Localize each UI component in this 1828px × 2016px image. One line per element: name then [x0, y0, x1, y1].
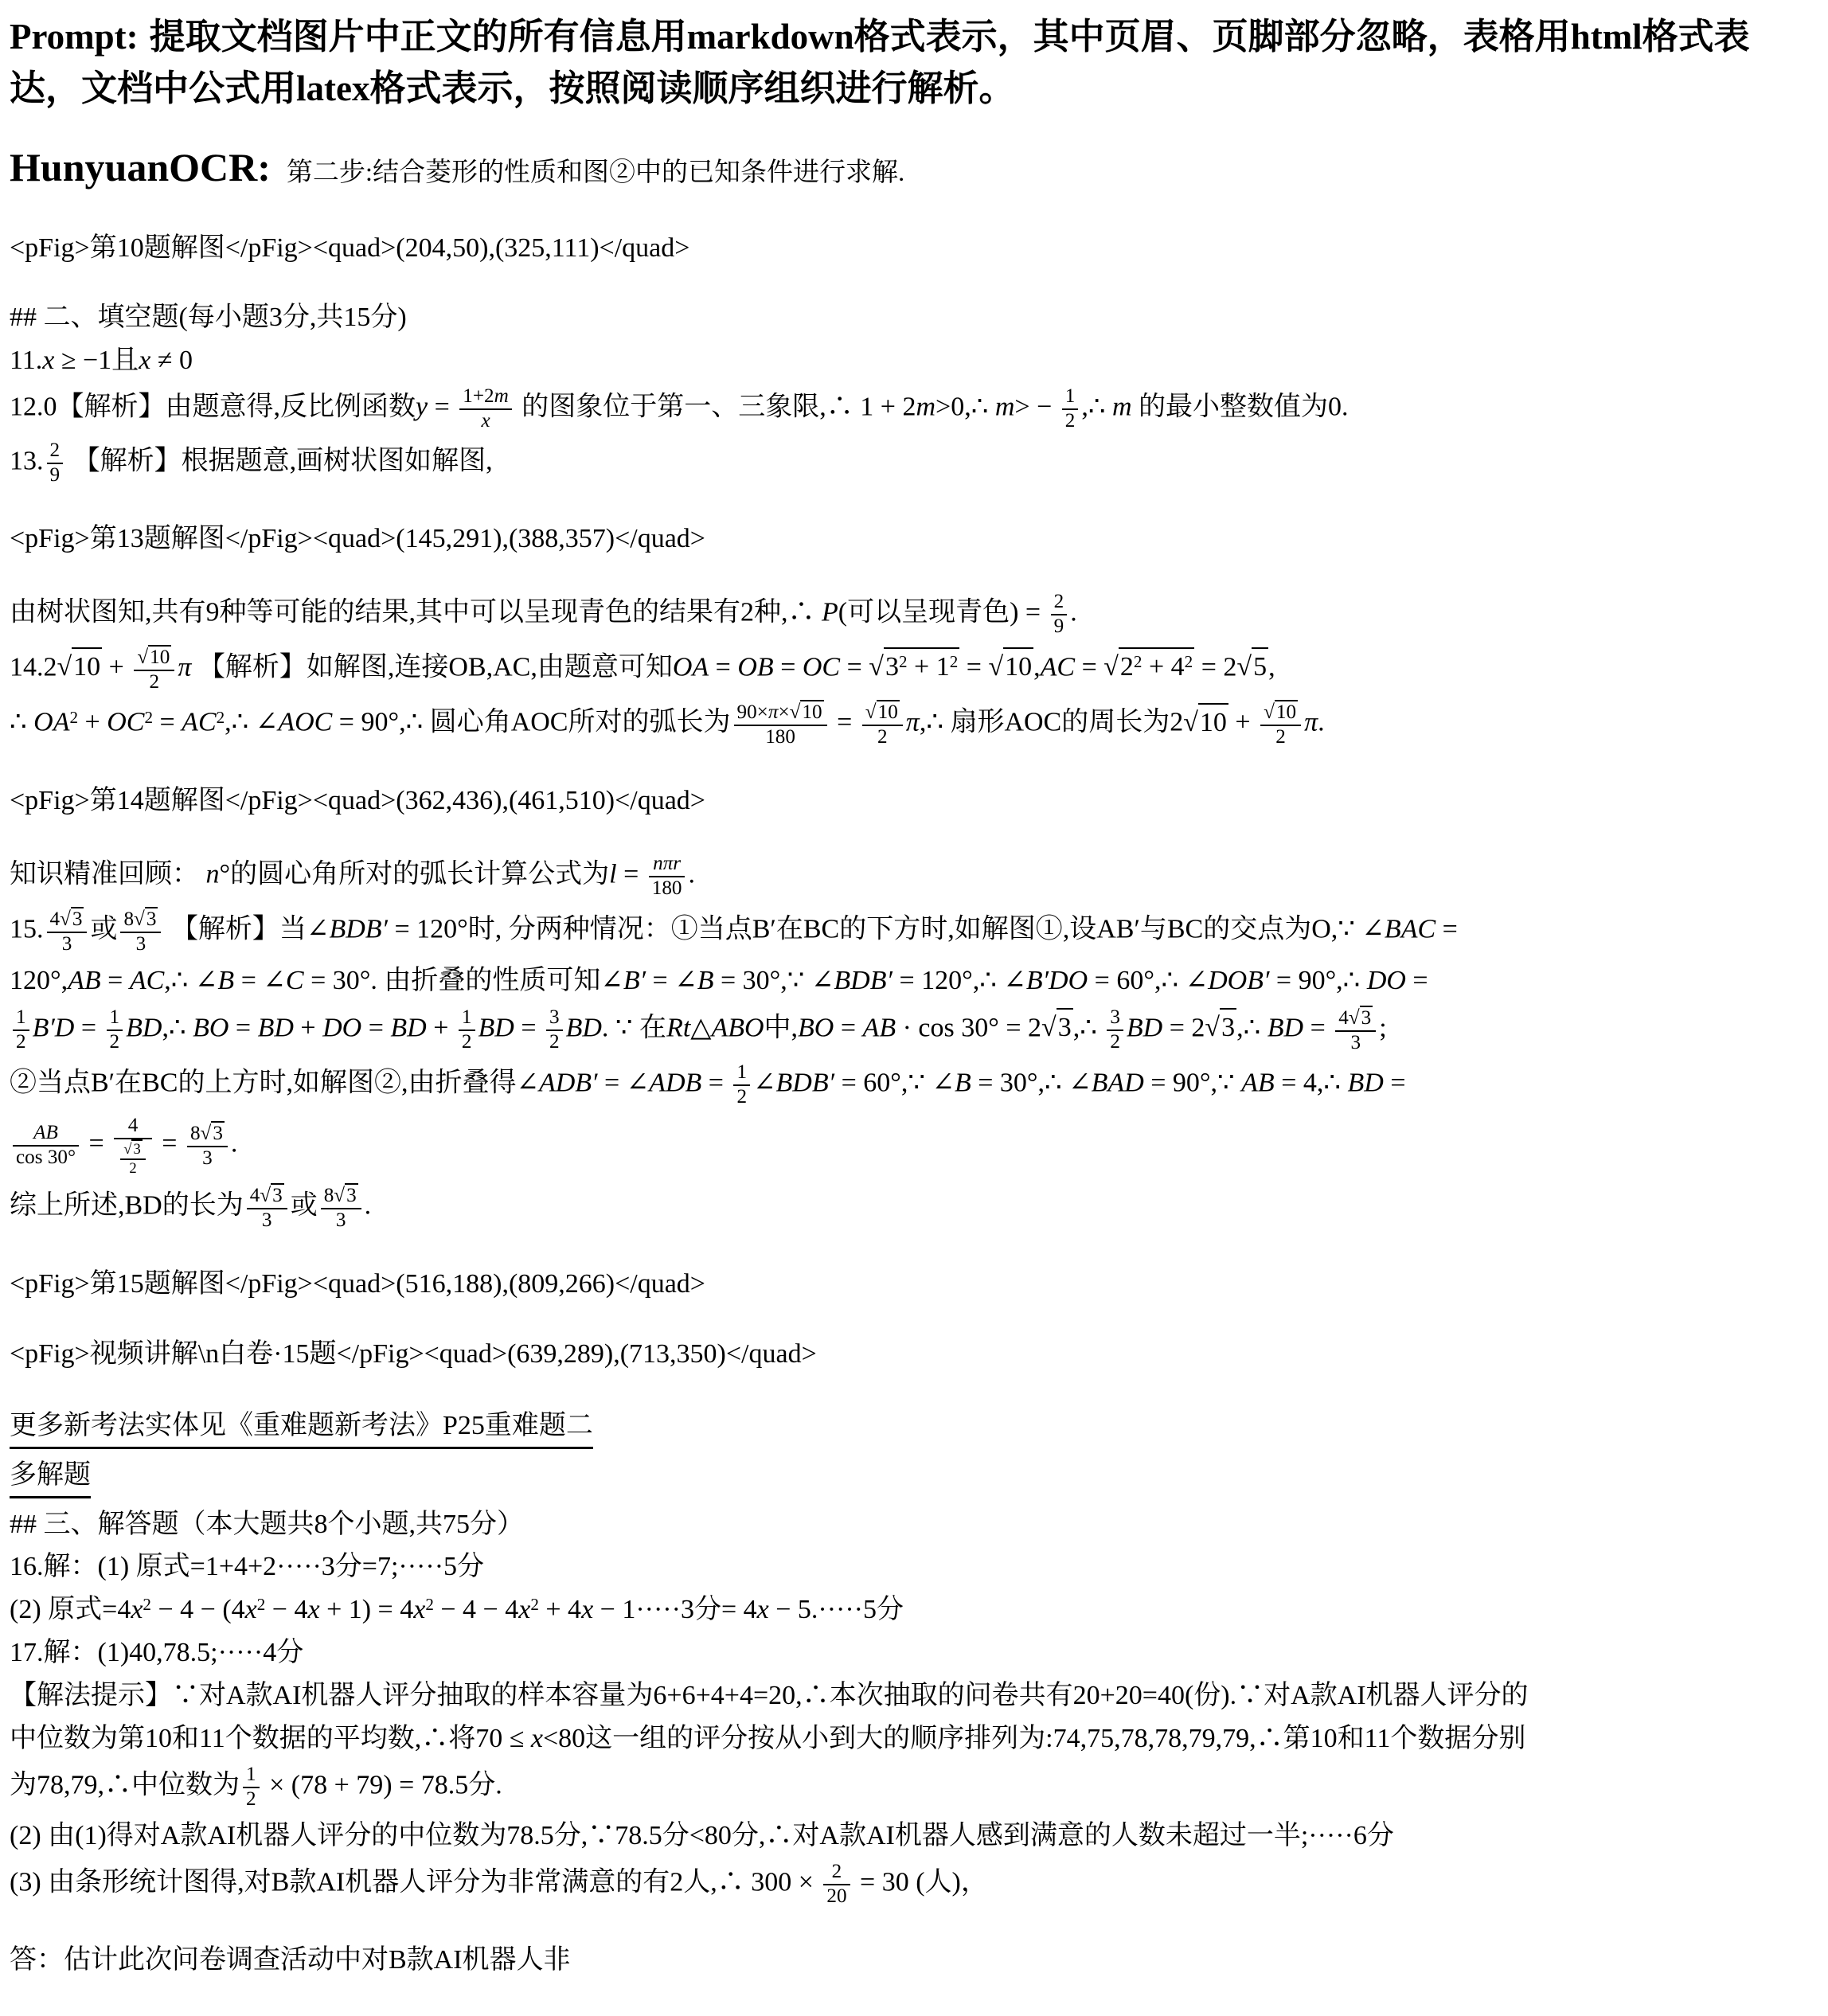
square-root: √22 + 42 — [1103, 647, 1194, 686]
item-14-line-1: 14.2√10 + √102π 【解析】如解图,连接OB,AC,由题意可知OA … — [10, 645, 1814, 694]
item-17-hint-line-1: 【解法提示】∵对A款AI机器人评分抽取的样本容量为6+6+4+4=20,∴本次抽… — [10, 1678, 1814, 1714]
fraction: 12 — [733, 1061, 750, 1109]
square-root: √3 — [60, 907, 84, 932]
ocr-paragraph: HunyuanOCR:第二步:结合菱形的性质和图②中的已知条件进行求解. — [10, 144, 1814, 190]
paragraph-gap — [10, 494, 1814, 514]
section-heading-answers: ## 三、解答题（本大题共8个小题,共75分） — [10, 1506, 1814, 1543]
fraction: 12 — [13, 1006, 29, 1054]
square-root: √10 — [57, 647, 103, 686]
fraction: ABcos 30° — [13, 1122, 79, 1170]
square-root: √3 — [134, 907, 158, 932]
fraction: 12 — [459, 1006, 475, 1054]
fraction: nπr180 — [649, 853, 685, 901]
square-root: √32 + 12 — [869, 647, 959, 686]
fraction: 1+2mx — [459, 385, 512, 433]
fraction: 8√33 — [120, 907, 161, 956]
fraction: √32 — [120, 1139, 146, 1177]
square-root: √3 — [1041, 1008, 1073, 1046]
item-15-line-5: ABcos 30° = 4√32 = 8√33. — [10, 1115, 1814, 1177]
item-17-line-1: 17.解：(1)40,78.5;·····4分 — [10, 1635, 1814, 1671]
fraction: 220 — [823, 1861, 850, 1909]
square-root: √3 — [260, 1183, 283, 1208]
item-17-hint-line-3: 为78,79,∴中位数为12 × (78 + 79) = 78.5分. — [10, 1764, 1814, 1811]
ocr-label: HunyuanOCR: — [10, 145, 271, 189]
item-17-part-3: (3) 由条形统计图得,对B款AI机器人评分为非常满意的有2人,∴ 300 × … — [10, 1861, 1814, 1909]
fraction: 32 — [546, 1006, 563, 1054]
paragraph-gap — [10, 1915, 1814, 1936]
square-root: √3 — [201, 1121, 225, 1146]
paragraph-gap — [10, 564, 1814, 584]
square-root: √10 — [137, 645, 171, 670]
fraction: 29 — [47, 440, 64, 487]
paragraph-gap — [10, 1309, 1814, 1330]
fraction: 8√33 — [321, 1183, 361, 1233]
paragraph-gap — [10, 756, 1814, 776]
square-root: √3 — [334, 1183, 357, 1208]
square-root: √10 — [790, 700, 824, 725]
item-15-summary: 综上所述,BD的长为4√33或8√33. — [10, 1183, 1814, 1233]
paragraph-gap — [10, 1379, 1814, 1400]
paragraph-gap — [10, 1239, 1814, 1260]
prompt-label: Prompt: — [10, 17, 139, 57]
pfig-ref-13: <pFig>第13题解图</pFig><quad>(145,291),(388,… — [10, 521, 1814, 557]
item-13: 13.29 【解析】根据题意,画树状图如解图, — [10, 440, 1814, 487]
fraction: 29 — [1051, 591, 1068, 639]
knowledge-review: 知识精准回顾： n°的圆心角所对的弧长计算公式为l = nπr180. — [10, 853, 1814, 901]
note-underlined-1: 更多新考法实体见《重难题新考法》P25重难题二 — [10, 1408, 593, 1449]
page-root: { "page": { "background": "#ffffff", "te… — [0, 0, 1828, 2016]
pfig-ref-14: <pFig>第14题解图</pFig><quad>(362,436),(461,… — [10, 783, 1814, 819]
prompt-text: 提取文档图片中正文的所有信息用markdown格式表示，其中页眉、页脚部分忽略，… — [10, 17, 1750, 108]
item-15-line-4: ②当点B′在BC的上方时,如解图②,由折叠得∠ADB′ = ∠ADB = 12∠… — [10, 1061, 1814, 1109]
square-root: √10 — [1183, 703, 1228, 741]
document-body: <pFig>第10题解图</pFig><quad>(204,50),(325,1… — [10, 230, 1814, 1979]
fraction: 90×π×√10180 — [734, 700, 827, 749]
square-root: √5 — [1236, 647, 1268, 686]
item-16-line-1: 16.解：(1) 原式=1+4+2·····3分=7;·····5分 — [10, 1549, 1814, 1585]
fraction: 4√33 — [1335, 1006, 1376, 1055]
fraction: 8√33 — [187, 1121, 228, 1170]
fraction: √102 — [1260, 700, 1301, 749]
fraction: 12 — [1062, 385, 1079, 433]
pfig-ref-15: <pFig>第15题解图</pFig><quad>(516,188),(809,… — [10, 1266, 1814, 1303]
note-underlined-2: 多解题 — [10, 1457, 91, 1498]
square-root: √3 — [123, 1139, 143, 1158]
fraction: 32 — [1107, 1006, 1123, 1054]
item-15-line-2: 120°,AB = AC,∴ ∠B = ∠C = 30°. 由折叠的性质可知∠B… — [10, 963, 1814, 999]
square-root: √10 — [1264, 700, 1298, 725]
section-heading-fill-in: ## 二、填空题(每小题3分,共15分) — [10, 299, 1814, 336]
square-root: √10 — [988, 647, 1033, 686]
fraction: 12 — [243, 1764, 260, 1811]
fraction: 4√32 — [114, 1115, 152, 1177]
item-17-answer: 答：估计此次问卷调查活动中对B款AI机器人非 — [10, 1942, 1814, 1979]
square-root: √10 — [865, 700, 900, 725]
fraction: √102 — [862, 700, 903, 749]
fraction: √102 — [134, 645, 174, 694]
fraction: 4√33 — [47, 907, 88, 956]
item-15-line-3: 12B′D = 12BD,∴ BO = BD + DO = BD + 12BD … — [10, 1006, 1814, 1055]
prompt-paragraph: Prompt:提取文档图片中正文的所有信息用markdown格式表示，其中页眉、… — [10, 11, 1814, 115]
fraction: 12 — [107, 1006, 123, 1054]
fraction: 4√33 — [247, 1183, 287, 1233]
pfig-ref-video: <pFig>视频讲解\n白卷·15题</pFig><quad>(639,289)… — [10, 1336, 1814, 1373]
paragraph-gap — [10, 272, 1814, 293]
item-17-part-2: (2) 由(1)得对A款AI机器人评分的中位数为78.5分,∵78.5分<80分… — [10, 1818, 1814, 1854]
square-root: √3 — [1349, 1006, 1373, 1030]
pfig-ref-10: <pFig>第10题解图</pFig><quad>(204,50),(325,1… — [10, 230, 1814, 267]
square-root: √3 — [1205, 1008, 1236, 1046]
ocr-first-line: 第二步:结合菱形的性质和图②中的已知条件进行求解. — [287, 158, 904, 187]
item-14-line-2: ∴ OA2 + OC2 = AC2,∴ ∠AOC = 90°,∴ 圆心角AOC所… — [10, 700, 1814, 749]
item-11: 11.x ≥ −1且x ≠ 0 — [10, 342, 1814, 379]
item-15-line-1: 15.4√33或8√33 【解析】当∠BDB′ = 120°时, 分两种情况：①… — [10, 907, 1814, 956]
item-13-continued: 由树状图知,共有9种等可能的结果,其中可以呈现青色的结果有2种,∴ P(可以呈现… — [10, 591, 1814, 639]
paragraph-gap — [10, 826, 1814, 846]
item-12: 12.0【解析】由题意得,反比例函数y = 1+2mx 的图象位于第一、三象限,… — [10, 385, 1814, 433]
item-16-line-2: (2) 原式=4x2 − 4 − (4x2 − 4x + 1) = 4x2 − … — [10, 1592, 1814, 1628]
